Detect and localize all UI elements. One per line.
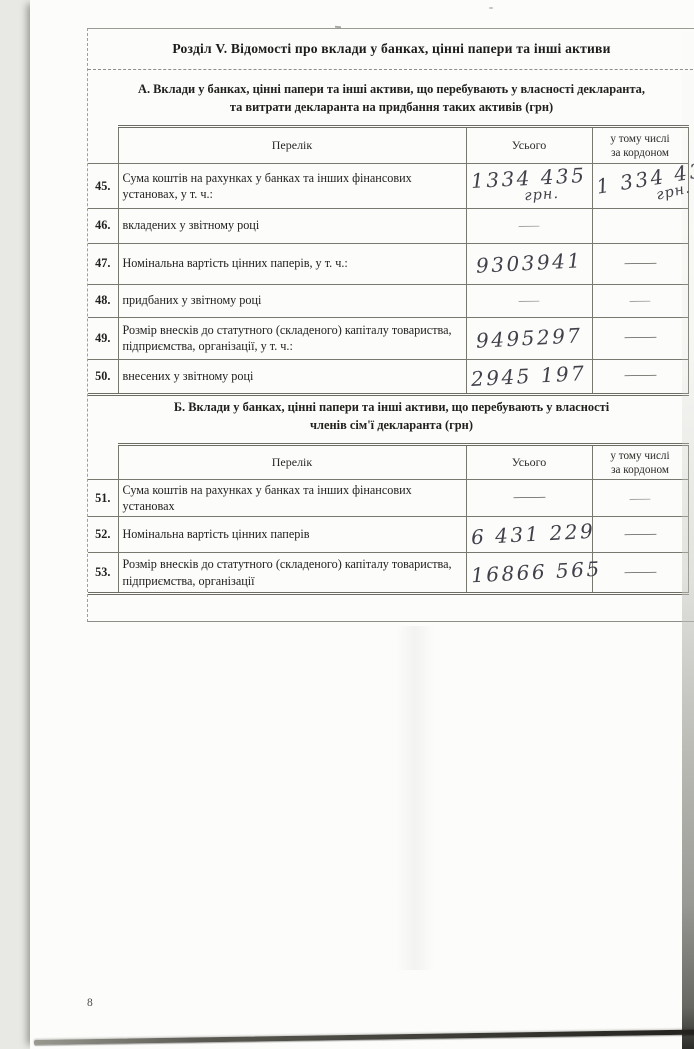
column-header-list: Перелік [118,127,466,164]
row-label: вкладених у звітному році [118,208,466,243]
row-label: внесених у звітному році [118,359,466,394]
column-header-abroad-line2: за кордоном [597,463,684,477]
row-label: придбаних у звітному році [118,284,466,317]
table-row: Перелік Усього у тому числі за кордоном [88,127,688,164]
scan-shadow-streak [396,626,434,970]
handwritten-dash: — [624,328,657,348]
table-row: 48. придбаних у звітному році — — [88,284,688,317]
row-label: Сума коштів на рахунках у банках та інши… [118,164,466,209]
column-header-abroad-line2: за кордоном [597,146,684,160]
scan-speck [489,7,493,9]
row-number: 51. [88,480,118,517]
handwritten-amount: 1 334 435 грн. [594,155,694,215]
page-number: 8 [87,997,93,1009]
column-header-abroad-line1: у тому числі [597,449,684,463]
row-label: Сума коштів на рахунках у банках та інши… [118,480,466,517]
section-a-heading-line2: та витрати декларанта на придбання таких… [88,99,694,117]
abroad-value: 1 334 435 грн. [592,164,688,209]
abroad-value: — [592,359,688,394]
column-header-list: Перелік [118,445,466,480]
handwritten-amount: 6 431 229 [470,518,596,551]
handwritten-dash: — [624,253,657,273]
section-b-heading-line2: членів сім'ї декларанта (грн) [88,417,694,435]
abroad-value: — [592,284,688,317]
total-value: — [466,480,592,517]
row-number: 50. [88,359,118,394]
total-value: — [466,208,592,243]
table-row: 46. вкладених у звітному році — [88,208,688,243]
abroad-value: — [592,243,688,284]
total-value: 16866 565 [466,553,592,594]
section-a-heading: А. Вклади у банках, цінні папери та інші… [88,81,694,116]
section-title: Розділ V. Відомості про вклади у банках,… [88,41,694,57]
section-b-table: Перелік Усього у тому числі за кордоном … [88,443,689,595]
handwritten-amount: 16866 565 [470,556,602,589]
table-row: 53. Розмір внесків до статутного (складе… [88,553,688,594]
handwritten-amount: 9495297 [475,322,583,354]
table-row: 45. Сума коштів на рахунках у банках та … [88,164,688,209]
row-label: Номінальна вартість цінних паперів [118,517,466,553]
row-number: 47. [88,243,118,284]
table-row: 50. внесених у звітному році 2945 197 — [88,359,688,394]
handwritten-dash: — [513,488,546,508]
row-label: Розмір внесків до статутного (складеного… [118,553,466,594]
row-label: Розмір внесків до статутного (складеного… [118,317,466,359]
handwritten-amount: 9303941 [475,248,583,280]
row-number: 45. [88,164,118,209]
abroad-value: — [592,517,688,553]
handwritten-amount: 1334 435 грн. [471,165,586,207]
column-header-total: Усього [466,127,592,164]
handwritten-dash: — [630,293,651,309]
column-header-abroad: у тому числі за кордоном [592,127,688,164]
column-header-abroad-line1: у тому числі [597,132,684,146]
section-a-table: Перелік Усього у тому числі за кордоном … [88,125,689,396]
handwritten-amount: 2945 197 [471,360,588,392]
handwritten-dash: — [519,218,540,234]
row-number: 48. [88,284,118,317]
abroad-value: — [592,480,688,517]
header-gutter [88,445,118,480]
row-number: 46. [88,208,118,243]
form-outer-box: Розділ V. Відомості про вклади у банках,… [87,28,694,622]
handwritten-dash: — [624,524,657,544]
handwritten-dash: — [624,562,657,582]
header-gutter [88,127,118,164]
column-header-total: Усього [466,445,592,480]
table-row: Перелік Усього у тому числі за кордоном [88,445,688,480]
handwritten-dash: — [630,490,651,506]
title-divider [88,69,694,70]
table-row: 52. Номінальна вартість цінних паперів 6… [88,517,688,553]
table-row: 49. Розмір внесків до статутного (складе… [88,317,688,359]
section-b-heading: Б. Вклади у банках, цінні папери та інші… [88,399,694,434]
total-value: — [466,284,592,317]
section-a-heading-line1: А. Вклади у банках, цінні папери та інші… [88,81,694,99]
total-value: 1334 435 грн. [466,164,592,209]
row-number: 49. [88,317,118,359]
row-label: Номінальна вартість цінних паперів, у т.… [118,243,466,284]
total-value: 9303941 [466,243,592,284]
scan-page-edge-right [682,0,694,1049]
abroad-value: — [592,553,688,594]
abroad-value: — [592,317,688,359]
row-number: 52. [88,517,118,553]
handwritten-dash: — [519,293,540,309]
total-value: 2945 197 [466,359,592,394]
row-number: 53. [88,553,118,594]
table-row: 47. Номінальна вартість цінних паперів, … [88,243,688,284]
total-value: 9495297 [466,317,592,359]
total-value: 6 431 229 [466,517,592,553]
handwritten-dash: — [624,366,657,386]
column-header-abroad: у тому числі за кордоном [592,445,688,480]
section-b-heading-line1: Б. Вклади у банках, цінні папери та інші… [88,399,694,417]
document-page: Розділ V. Відомості про вклади у банках,… [30,0,694,1049]
table-row: 51. Сума коштів на рахунках у банках та … [88,480,688,517]
